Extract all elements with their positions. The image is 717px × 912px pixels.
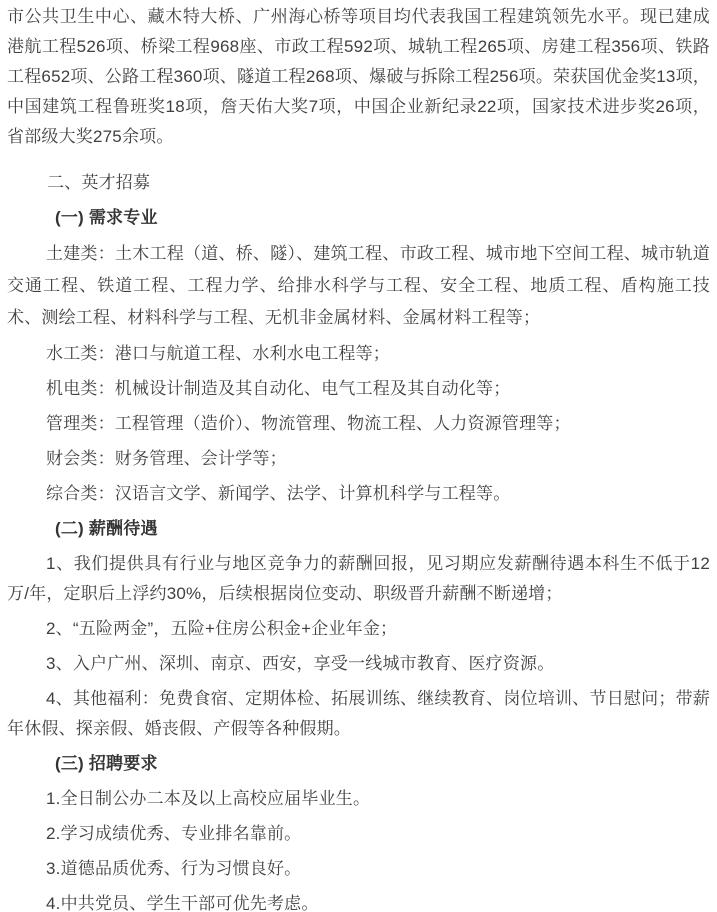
paragraph-insurance: 2、“五险两金”，五险+住房公积金+企业年金； [7,614,710,644]
paragraph-mechatronics-majors: 机电类：机械设计制造及其自动化、电气工程及其自动化等； [7,374,710,404]
heading-recruitment-requirements: (三) 招聘要求 [7,749,710,779]
paragraph-hydraulic-majors: 水工类：港口与航道工程、水利水电工程等； [7,339,710,369]
document-body: 市公共卫生中心、藏木特大桥、广州海心桥等项目均代表我国工程建筑领先水平。现已建成… [0,0,717,912]
paragraph-requirement-3: 3.道德品质优秀、行为习惯良好。 [7,854,710,884]
heading-compensation: (二) 薪酬待遇 [7,514,710,544]
paragraph-achievements: 市公共卫生中心、藏木特大桥、广州海心桥等项目均代表我国工程建筑领先水平。现已建成… [7,2,710,152]
paragraph-civil-majors: 土建类：土木工程（道、桥、隧）、建筑工程、市政工程、城市地下空间工程、城市轨道交… [7,238,710,334]
paragraph-requirement-4: 4.中共党员、学生干部可优先考虑。 [7,889,710,912]
paragraph-finance-majors: 财会类：财务管理、会计学等； [7,444,710,474]
paragraph-requirement-1: 1.全日制公办二本及以上高校应届毕业生。 [7,784,710,814]
paragraph-comprehensive-majors: 综合类：汉语言文学、新闻学、法学、计算机科学与工程等。 [7,479,710,509]
paragraph-welfare: 4、其他福利：免费食宿、定期体检、拓展训练、继续教育、岗位培训、节日慰问；带薪年… [7,684,710,744]
paragraph-salary: 1、我们提供具有行业与地区竞争力的薪酬回报，见习期应发薪酬待遇本科生不低于12万… [7,549,710,609]
heading-required-majors: (一) 需求专业 [7,203,710,233]
section-title-talent-recruitment: 二、英才招募 [7,168,710,198]
paragraph-management-majors: 管理类：工程管理（造价）、物流管理、物流工程、人力资源管理等； [7,409,710,439]
paragraph-requirement-2: 2.学习成绩优秀、专业排名靠前。 [7,819,710,849]
paragraph-residency: 3、入户广州、深圳、南京、西安，享受一线城市教育、医疗资源。 [7,649,710,679]
